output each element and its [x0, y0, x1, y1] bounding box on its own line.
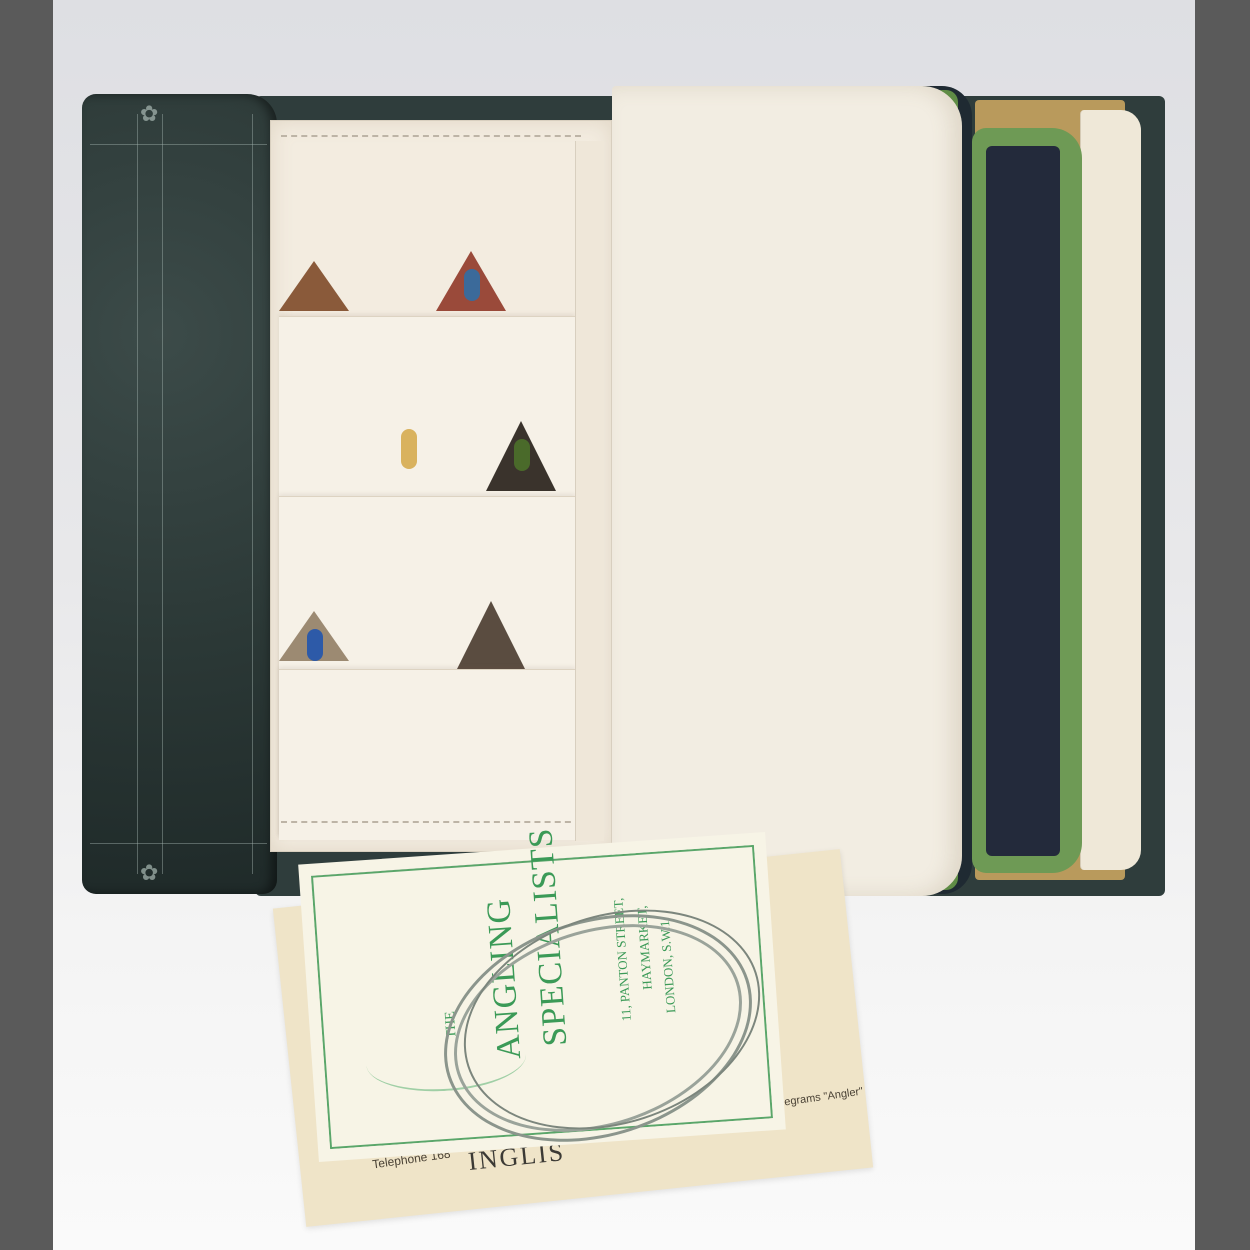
spine-rule	[90, 843, 267, 844]
spine-rule	[162, 114, 163, 874]
ornament-icon: ✿	[140, 861, 158, 886]
wallet-spine: ✿ ✿	[82, 94, 277, 894]
fly-4	[486, 421, 556, 481]
paper-leaves	[1080, 110, 1141, 870]
felt-leaf	[972, 128, 1082, 873]
right-border-bar	[1195, 0, 1250, 1250]
stitching	[281, 135, 581, 137]
fly-5	[279, 611, 349, 671]
ornament-icon: ✿	[140, 102, 158, 127]
spine-rule	[137, 114, 138, 874]
fly-2	[436, 251, 506, 311]
pocket-3	[279, 669, 575, 840]
fly-pocket-page	[270, 120, 612, 852]
spine-rule	[90, 144, 267, 145]
fly-6	[456, 601, 526, 661]
left-border-bar	[0, 0, 53, 1250]
fly-3	[391, 421, 461, 481]
fly-1	[279, 261, 349, 321]
blank-page	[612, 86, 962, 896]
pocket-flap	[575, 141, 604, 841]
spine-rule	[252, 114, 253, 874]
stitching	[281, 821, 581, 823]
felt-pad	[986, 146, 1060, 856]
